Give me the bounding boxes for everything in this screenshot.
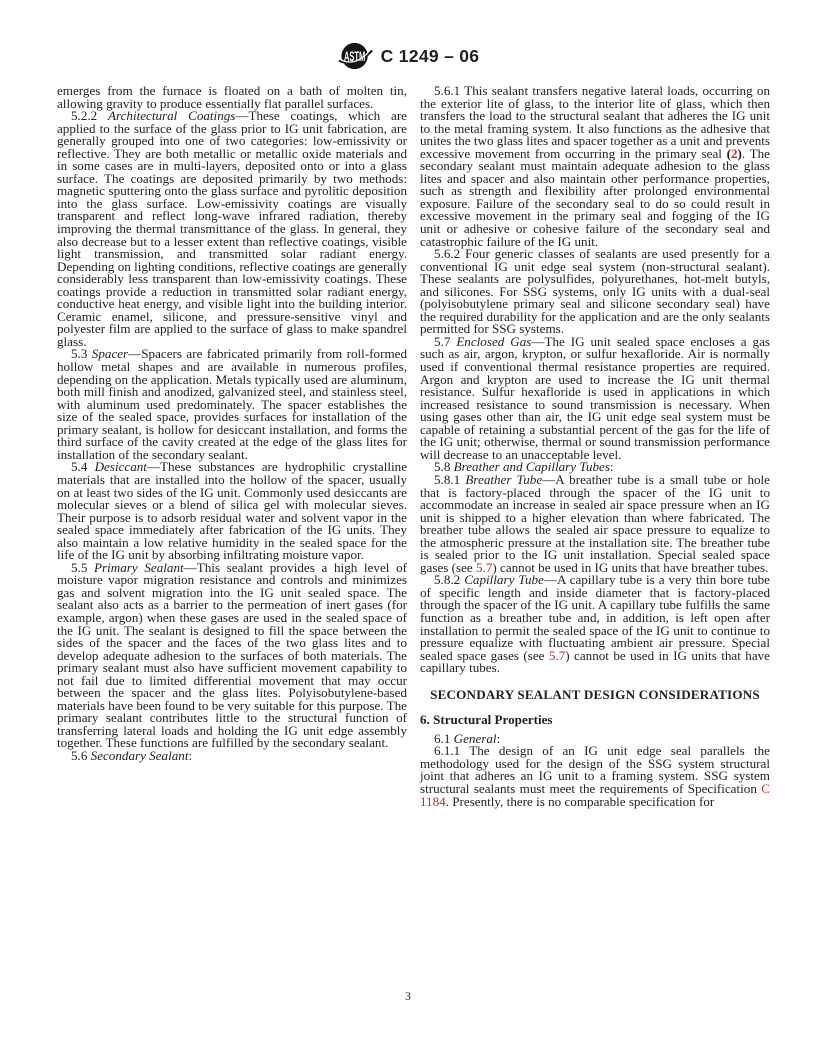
document-code: C 1249 – 06 xyxy=(381,46,480,67)
text-segment: 6.1.1 The design of an IG unit edge seal… xyxy=(420,743,770,796)
page-number: 3 xyxy=(405,991,411,1003)
column-right: 5.6.1 This sealant transfers negative la… xyxy=(420,85,770,808)
text-segment: . The secondary sealant must maintain ad… xyxy=(420,146,770,249)
document-page: ASTM C 1249 – 06 emerges from the furnac… xyxy=(0,0,816,1056)
text-segment: 5.6.2 Four generic classes of sealants a… xyxy=(420,246,770,336)
para-6-1-1: 6.1.1 The design of an IG unit edge seal… xyxy=(420,745,770,808)
section-header-secondary-sealant: SECONDARY SEALANT DESIGN CONSIDERATIONS xyxy=(420,689,770,702)
para-5-4: 5.4 Desiccant—These substances are hydro… xyxy=(57,461,407,561)
text-segment: emerges from the furnace is floated on a… xyxy=(57,83,407,111)
text-segment: 5.6 xyxy=(71,748,91,763)
para-5-6-1: 5.6.1 This sealant transfers negative la… xyxy=(420,85,770,248)
text-segment: . Presently, there is no comparable spec… xyxy=(446,794,715,809)
text-segment: —The IG unit sealed space encloses a gas… xyxy=(420,334,770,462)
heading-6-structural-properties: 6. Structural Properties xyxy=(420,714,770,727)
para-5-6-2: 5.6.2 Four generic classes of sealants a… xyxy=(420,248,770,336)
para-5-7: 5.7 Enclosed Gas—The IG unit sealed spac… xyxy=(420,336,770,461)
text-segment: Secondary Sealant xyxy=(91,748,189,763)
document-body: emerges from the furnace is floated on a… xyxy=(0,76,816,808)
para-5-8-1: 5.8.1 Breather Tube—A breather tube is a… xyxy=(420,474,770,574)
text-segment: 5.6.1 This sealant transfers negative la… xyxy=(420,83,770,161)
para-5-2-1-continued: emerges from the furnace is floated on a… xyxy=(57,85,407,110)
astm-logo-icon: ASTM xyxy=(337,41,374,71)
para-5-8-2: 5.8.2 Capillary Tube—A capillary tube is… xyxy=(420,574,770,674)
text-segment: : xyxy=(188,748,192,763)
text-segment: SECONDARY SEALANT DESIGN CONSIDERATIONS xyxy=(430,687,760,702)
reference-link[interactable]: 5.7 xyxy=(549,648,565,663)
text-segment: —These substances are hydrophilic crysta… xyxy=(57,459,407,562)
para-5-2-2: 5.2.2 Architectural Coatings—These coati… xyxy=(57,110,407,348)
text-segment: —This sealant provides a high level of m… xyxy=(57,560,407,751)
text-segment: —Spacers are fabricated primarily from r… xyxy=(57,346,407,461)
text-segment: 6. Structural Properties xyxy=(420,712,553,727)
page-header: ASTM C 1249 – 06 xyxy=(0,0,816,76)
para-5-5: 5.5 Primary Sealant—This sealant provide… xyxy=(57,562,407,750)
column-left: emerges from the furnace is floated on a… xyxy=(57,85,407,808)
para-5-3: 5.3 Spacer—Spacers are fabricated primar… xyxy=(57,348,407,461)
text-segment: —These coatings, which are applied to th… xyxy=(57,108,407,349)
page-footer: 3 xyxy=(0,991,816,1003)
para-5-6: 5.6 Secondary Sealant: xyxy=(57,750,407,763)
